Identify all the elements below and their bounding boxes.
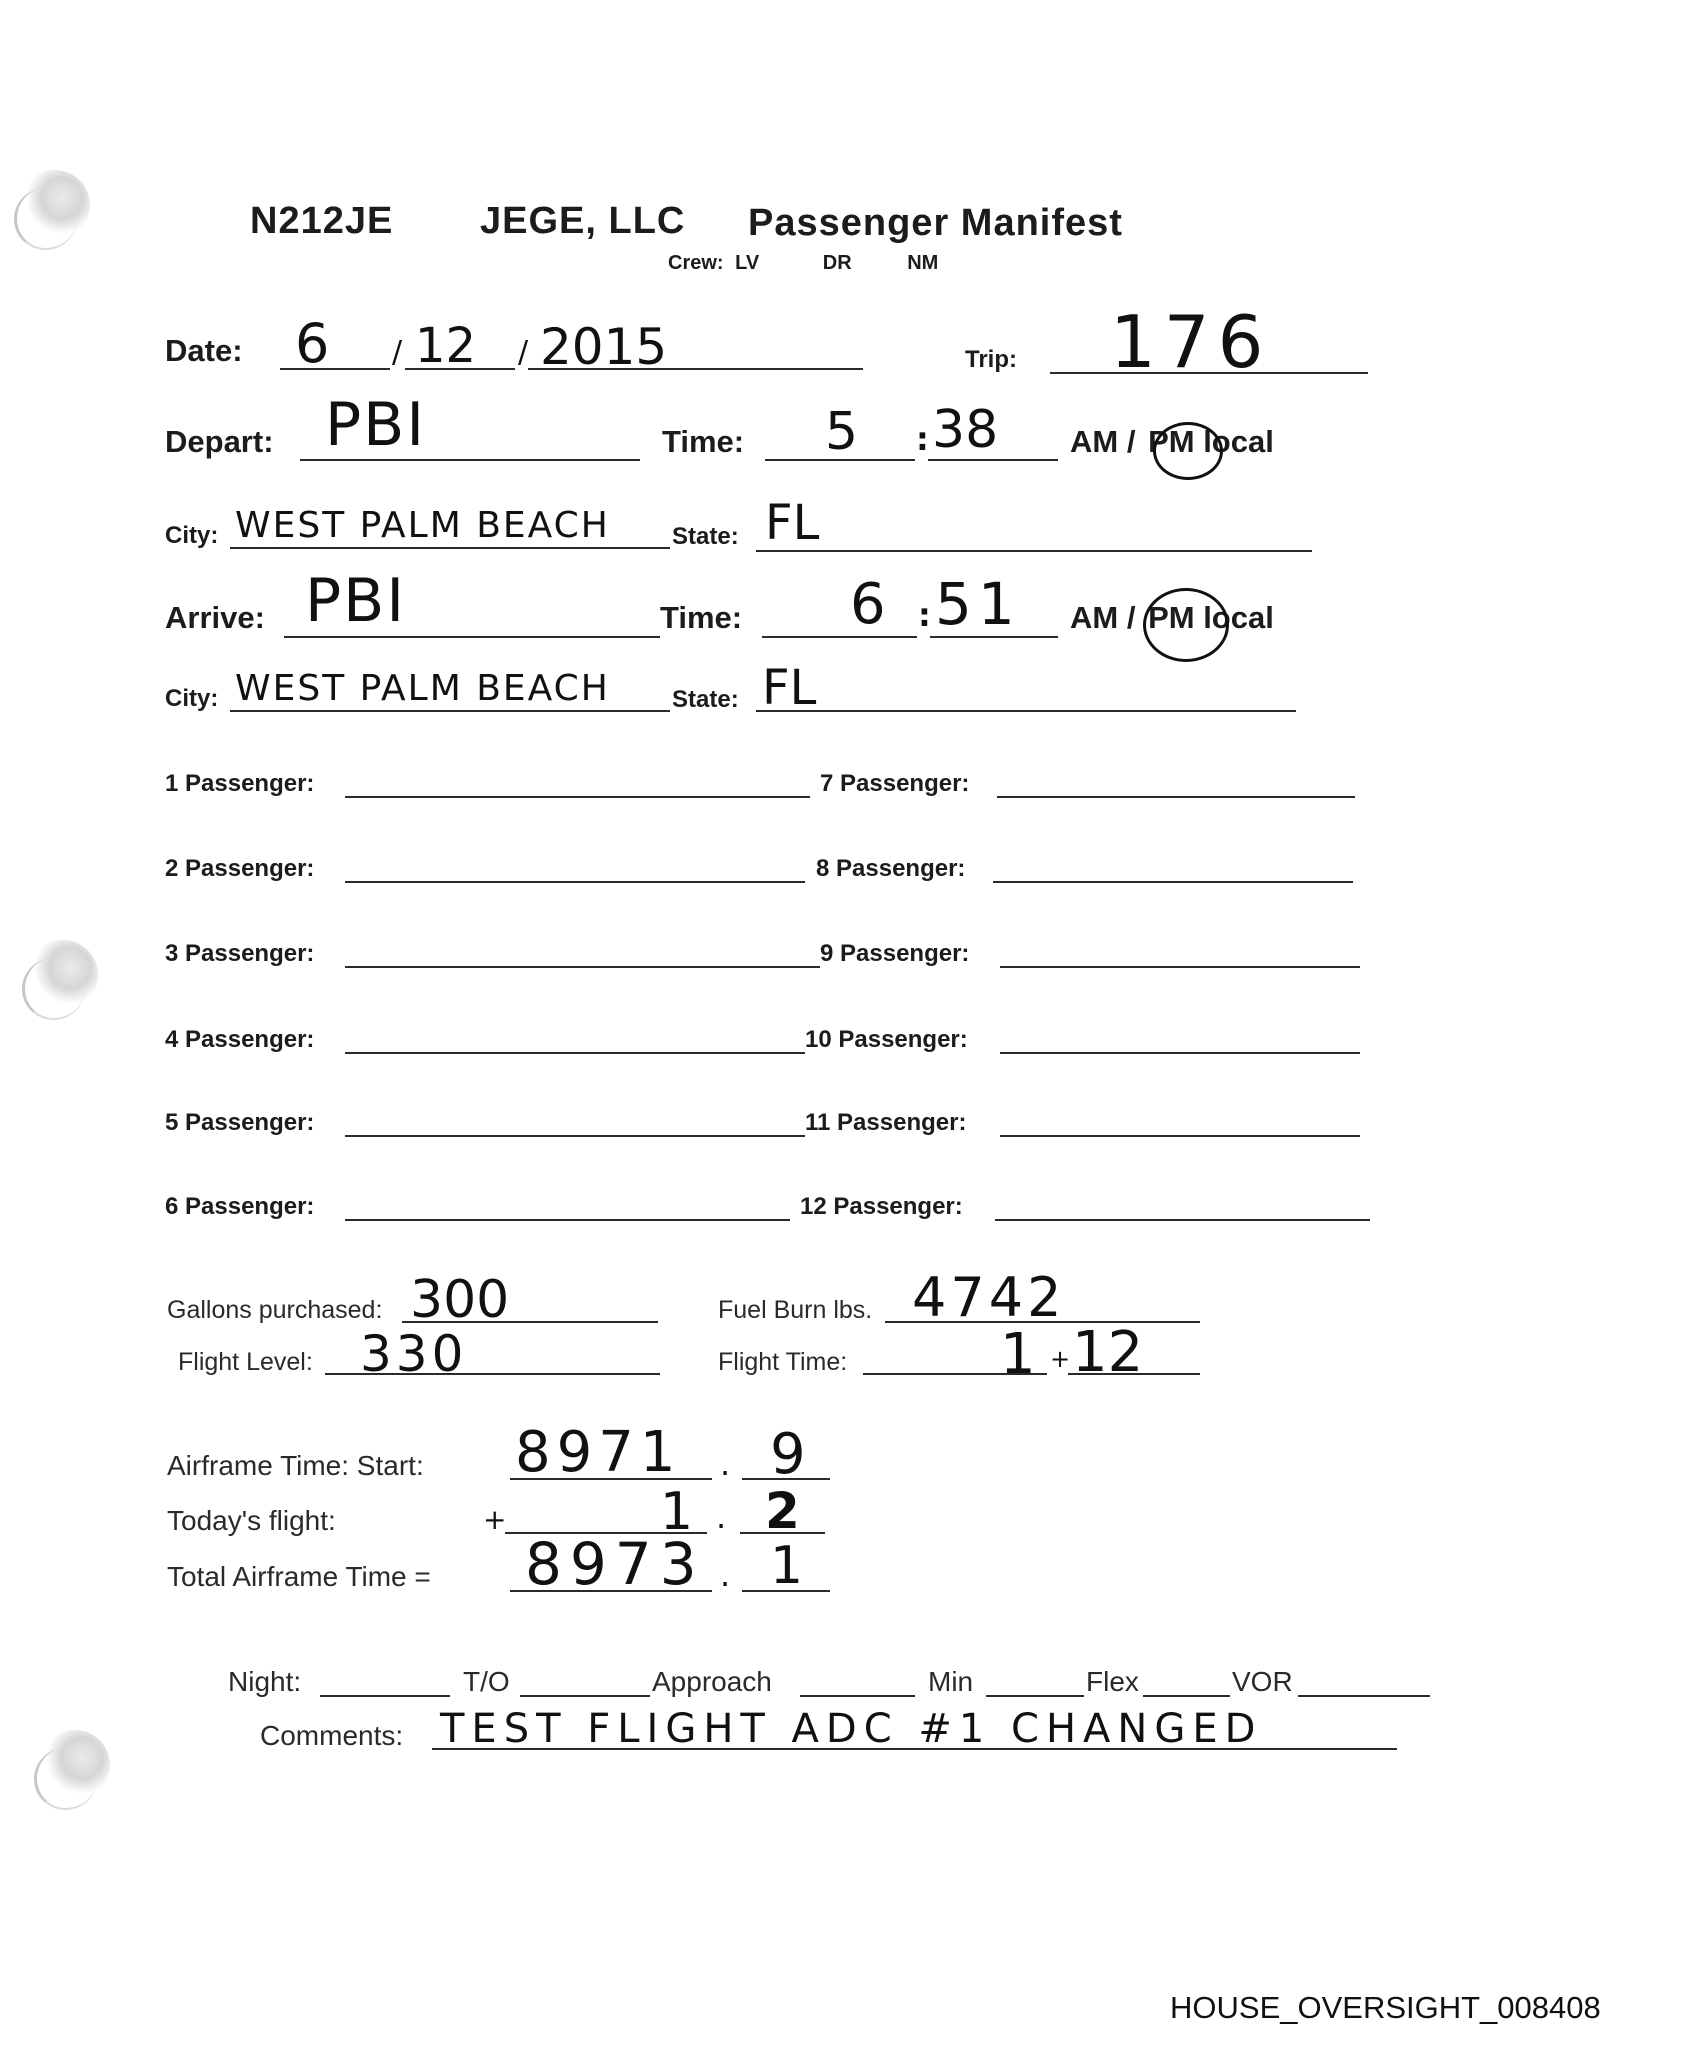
passenger-field[interactable] <box>345 1219 790 1221</box>
takeoff-label: T/O <box>463 1666 510 1698</box>
total-airframe-label: Total Airframe Time = <box>167 1561 431 1593</box>
passenger-field[interactable] <box>345 796 810 798</box>
page-title: Passenger Manifest <box>748 202 1123 245</box>
passenger-label: 5 Passenger: <box>165 1109 314 1137</box>
flight-time-separator: + <box>1050 1345 1070 1373</box>
flight-time-hours-value: 1 <box>1000 1322 1036 1387</box>
passenger-label: 10 Passenger: <box>805 1026 968 1054</box>
arrive-hour-field[interactable] <box>762 636 917 638</box>
todays-flight-tenth-value: 2 <box>765 1482 800 1540</box>
fuel-burn-label: Fuel Burn lbs. <box>718 1296 872 1325</box>
bates-number: HOUSE_OVERSIGHT_008408 <box>1170 1990 1601 2026</box>
punch-hole-bottom <box>40 1730 110 1800</box>
date-label: Date: <box>165 333 243 369</box>
flight-time-label: Flight Time: <box>718 1348 847 1377</box>
comments-value: TEST FLIGHT ADC #1 CHANGED <box>440 1706 1262 1752</box>
passenger-label: 1 Passenger: <box>165 770 314 798</box>
arrive-city-field[interactable] <box>230 710 670 712</box>
gallons-purchased-label: Gallons purchased: <box>167 1296 382 1325</box>
depart-airport-value: PBI <box>325 390 426 460</box>
depart-time-colon: : <box>916 420 929 458</box>
night-field[interactable] <box>320 1695 450 1697</box>
vor-label: VOR <box>1232 1666 1293 1698</box>
arrive-pm-circled-mark <box>1143 588 1229 662</box>
arrive-am-option[interactable]: AM / <box>1070 600 1135 635</box>
depart-state-label: State: <box>672 523 739 551</box>
comments-label: Comments: <box>260 1720 403 1752</box>
passenger-label: 12 Passenger: <box>800 1193 963 1221</box>
depart-city-value: WEST PALM BEACH <box>235 505 610 546</box>
airframe-start-whole-value: 8971 <box>515 1420 682 1485</box>
crew-label: Crew: <box>668 252 724 274</box>
passenger-field[interactable] <box>345 881 805 883</box>
arrive-label: Arrive: <box>165 600 265 636</box>
punch-hole-middle <box>28 940 98 1010</box>
total-airframe-whole-value: 8973 <box>525 1530 705 1598</box>
crew-member: LV <box>735 252 759 274</box>
passenger-field[interactable] <box>1000 1052 1360 1054</box>
passenger-label: 4 Passenger: <box>165 1026 314 1054</box>
passenger-field[interactable] <box>993 881 1353 883</box>
arrive-minute-value: 51 <box>935 570 1021 638</box>
arrive-airport-field[interactable] <box>284 636 660 638</box>
passenger-field[interactable] <box>1000 966 1360 968</box>
todays-flight-label: Today's flight: <box>167 1505 336 1537</box>
airframe-start-tenth-value: 9 <box>770 1422 806 1487</box>
date-year-value: 2015 <box>540 318 667 376</box>
depart-state-value: FL <box>765 495 819 551</box>
passenger-label: 2 Passenger: <box>165 855 314 883</box>
total-airframe-dot: . <box>720 1556 730 1594</box>
crew-row: Crew: LV DR NM <box>668 252 938 275</box>
airframe-start-label: Airframe Time: Start: <box>167 1450 424 1482</box>
total-airframe-tenth-value: 1 <box>770 1536 803 1596</box>
approach-label: Approach <box>652 1666 772 1698</box>
vor-field[interactable] <box>1298 1695 1430 1697</box>
depart-am-option[interactable]: AM / <box>1070 424 1135 459</box>
arrive-state-field[interactable] <box>756 710 1296 712</box>
passenger-field[interactable] <box>345 1052 805 1054</box>
passenger-field[interactable] <box>995 1219 1370 1221</box>
passenger-field[interactable] <box>997 796 1355 798</box>
fuel-burn-value: 4742 <box>912 1266 1065 1329</box>
passenger-field[interactable] <box>345 1135 805 1137</box>
depart-time-label: Time: <box>662 424 744 460</box>
flex-field[interactable] <box>1143 1695 1230 1697</box>
date-month-value: 6 <box>295 312 329 375</box>
depart-city-field[interactable] <box>230 547 670 549</box>
arrive-time-colon: : <box>918 596 931 634</box>
night-label: Night: <box>228 1666 301 1698</box>
arrive-hour-value: 6 <box>850 572 886 637</box>
airframe-start-dot: . <box>720 1445 730 1483</box>
flight-time-minutes-value: 12 <box>1072 1320 1143 1385</box>
depart-city-label: City: <box>165 522 218 550</box>
arrive-city-value: WEST PALM BEACH <box>235 668 610 709</box>
gallons-purchased-value: 300 <box>410 1270 509 1330</box>
passenger-label: 7 Passenger: <box>820 770 969 798</box>
todays-flight-plus: + <box>483 1503 506 1536</box>
minimums-label: Min <box>928 1666 973 1698</box>
todays-flight-dot: . <box>716 1498 726 1536</box>
date-separator: / <box>518 335 528 370</box>
depart-minute-value: 38 <box>932 400 998 460</box>
crew-member: NM <box>907 252 938 274</box>
arrive-airport-value: PBI <box>305 566 406 636</box>
arrive-state-label: State: <box>672 686 739 714</box>
passenger-label: 6 Passenger: <box>165 1193 314 1221</box>
crew-member: DR <box>823 252 852 274</box>
flex-label: Flex <box>1086 1666 1139 1698</box>
trip-number-value: 176 <box>1110 300 1271 384</box>
passenger-label: 9 Passenger: <box>820 940 969 968</box>
arrive-time-label: Time: <box>660 600 742 636</box>
approach-field[interactable] <box>800 1695 915 1697</box>
depart-state-field[interactable] <box>756 550 1312 552</box>
arrive-state-value: FL <box>762 660 816 716</box>
punch-hole-top <box>20 170 90 240</box>
header-company: JEGE, LLC <box>480 200 685 243</box>
minimums-field[interactable] <box>986 1695 1084 1697</box>
date-separator: / <box>392 335 402 370</box>
takeoff-field[interactable] <box>520 1695 650 1697</box>
flight-level-label: Flight Level: <box>178 1348 313 1377</box>
passenger-label: 8 Passenger: <box>816 855 965 883</box>
passenger-label: 3 Passenger: <box>165 940 314 968</box>
depart-pm-circled-mark <box>1153 422 1223 480</box>
date-day-value: 12 <box>415 318 476 374</box>
flight-level-value: 330 <box>360 1325 467 1383</box>
header-tail-number: N212JE <box>250 200 393 243</box>
arrive-city-label: City: <box>165 685 218 713</box>
depart-hour-value: 5 <box>825 402 858 462</box>
passenger-label: 11 Passenger: <box>805 1109 966 1137</box>
trip-label: Trip: <box>965 346 1017 374</box>
passenger-field[interactable] <box>345 966 820 968</box>
passenger-field[interactable] <box>1000 1135 1360 1137</box>
depart-label: Depart: <box>165 424 274 460</box>
